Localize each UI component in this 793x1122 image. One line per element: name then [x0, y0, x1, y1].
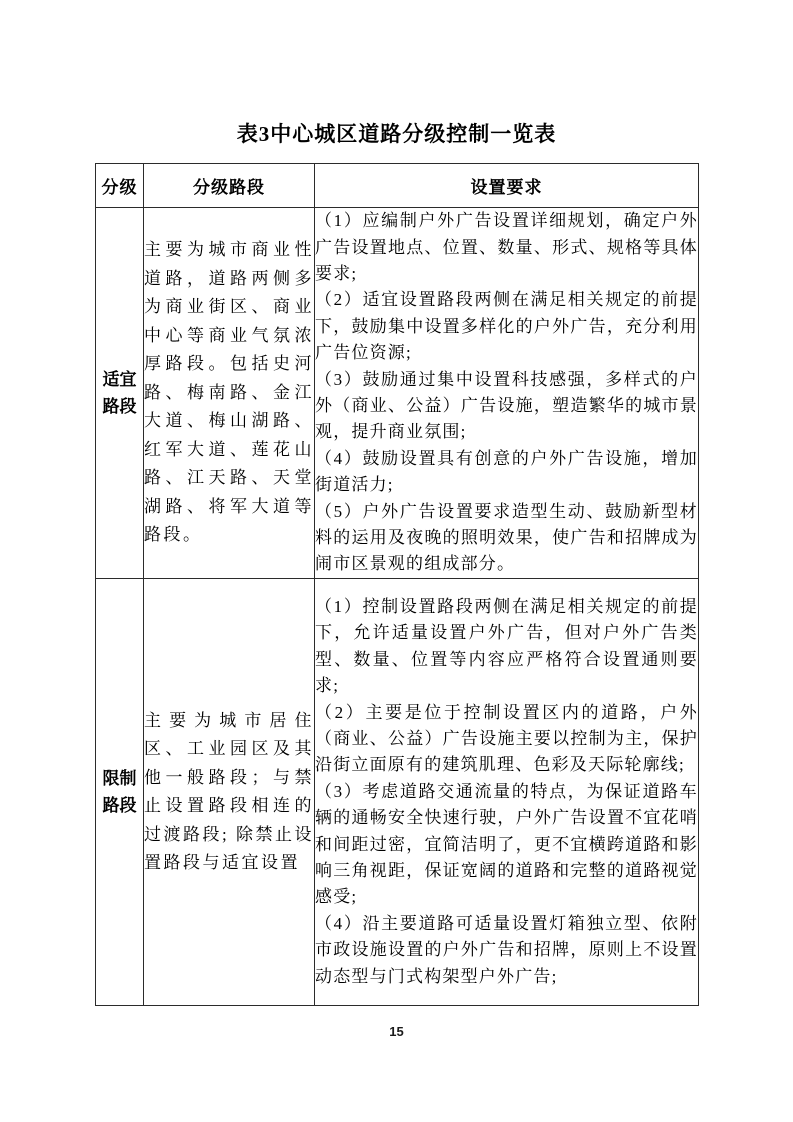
- requirements-cell-suitable: （1）应编制户外广告设置详细规划，确定户外广告设置地点、位置、数量、形式、规格等…: [315, 208, 699, 579]
- page-title: 表3中心城区道路分级控制一览表: [0, 118, 793, 148]
- table-row-suitable-segments: 适宜路段 主要为城市商业性道路，道路两侧多为商业街区、商业中心等商业气氛浓厚路段…: [96, 208, 699, 579]
- requirement-item: （4）鼓励设置具有创意的户外广告设施，增加街道活力;: [315, 446, 698, 499]
- requirement-item: （4）沿主要道路可适量设置灯箱独立型、依附市政设施设置的户外广告和招牌，原则上不…: [315, 911, 698, 990]
- requirement-item: （5）户外广告设置要求造型生动、鼓励新型材料的运用及夜晚的照明效果，使广告和招牌…: [315, 499, 698, 578]
- segments-cell-restricted: 主要为城市居住区、工业园区及其他一般路段；与禁止设置路段相连的过渡路段; 除禁止…: [144, 579, 315, 1006]
- grade-cell-restricted: 限制路段: [96, 579, 144, 1006]
- requirement-item: （1）控制设置路段两侧在满足相关规定的前提下，允许适量设置户外广告，但对户外广告…: [315, 594, 698, 700]
- requirement-item: （3）鼓励通过集中设置科技感强，多样式的户外（商业、公益）广告设施，塑造繁华的城…: [315, 367, 698, 446]
- table-header-row: 分级 分级路段 设置要求: [96, 164, 699, 208]
- col-header-requirements: 设置要求: [315, 164, 699, 208]
- requirement-item: （2）适宜设置路段两侧在满足相关规定的前提下，鼓励集中设置多样化的户外广告，充分…: [315, 287, 698, 366]
- table-row-restricted-segments: 限制路段 主要为城市居住区、工业园区及其他一般路段；与禁止设置路段相连的过渡路段…: [96, 579, 699, 1006]
- road-grade-control-table: 分级 分级路段 设置要求 适宜路段 主要为城市商业性道路，道路两侧多为商业街区、…: [95, 163, 699, 1006]
- requirement-item: （1）应编制户外广告设置详细规划，确定户外广告设置地点、位置、数量、形式、规格等…: [315, 208, 698, 287]
- page-number: 15: [0, 1024, 793, 1039]
- document-page: 表3中心城区道路分级控制一览表 分级 分级路段 设置要求 适宜路段 主要为城市商…: [0, 0, 793, 1122]
- segments-cell-suitable: 主要为城市商业性道路，道路两侧多为商业街区、商业中心等商业气氛浓厚路段。包括史河…: [144, 208, 315, 579]
- col-header-segments: 分级路段: [144, 164, 315, 208]
- requirements-cell-restricted: （1）控制设置路段两侧在满足相关规定的前提下，允许适量设置户外广告，但对户外广告…: [315, 579, 699, 1006]
- col-header-grade: 分级: [96, 164, 144, 208]
- grade-cell-suitable: 适宜路段: [96, 208, 144, 579]
- requirement-item: （3）考虑道路交通流量的特点，为保证道路车辆的通畅安全快速行驶，户外广告设置不宜…: [315, 779, 698, 911]
- requirement-item: （2）主要是位于控制设置区内的道路，户外（商业、公益）广告设施主要以控制为主，保…: [315, 700, 698, 779]
